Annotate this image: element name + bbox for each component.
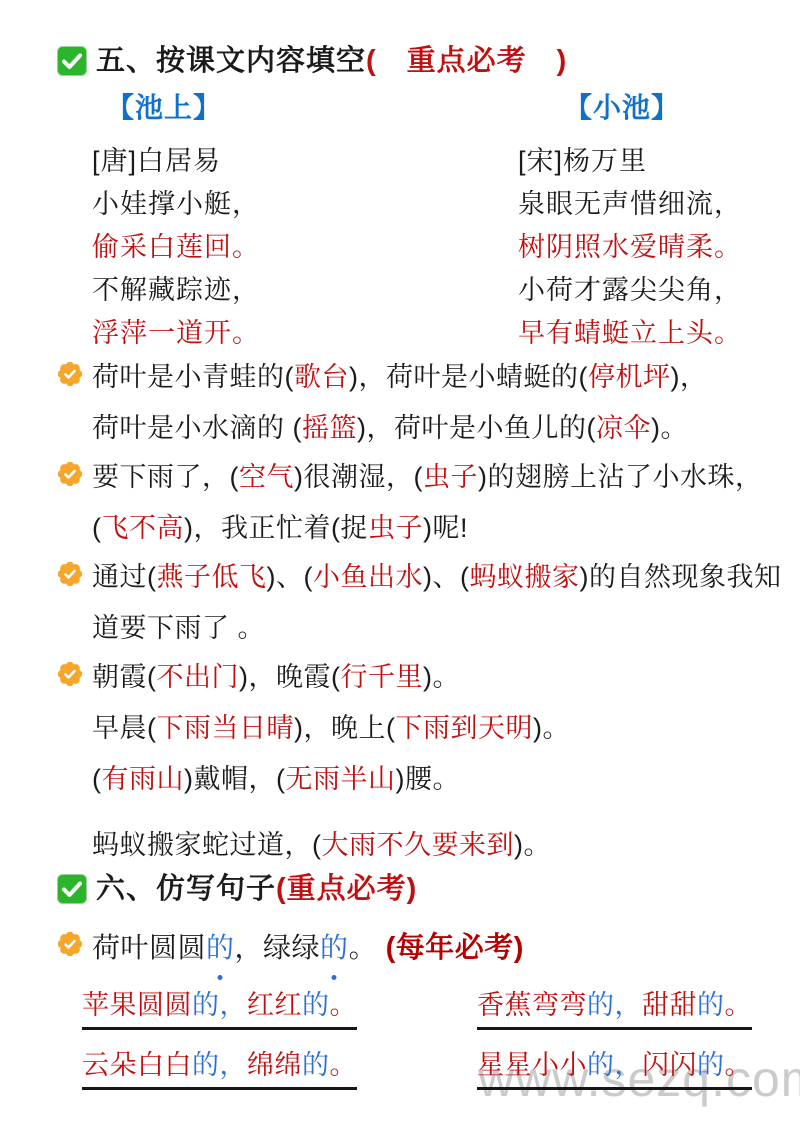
section5-title: 五、按课文内容填空( 重点必考 ) xyxy=(96,44,567,78)
poem-line: 不解藏踪迹， xyxy=(92,269,260,312)
orange-check-badge-icon xyxy=(57,931,83,957)
exercise-item-1: 荷叶是小青蛙的(歌台)，荷叶是小蜻蜓的(停机坪)， 荷叶是小水滴的 (摇篮)，荷… xyxy=(57,352,707,454)
text-line: 道要下雨了 。 xyxy=(92,603,781,654)
poem-chishang: 【池上】 [唐]白居易 小娃撑小艇， 偷采白莲回。 不解藏踪迹， 浮萍一道开。 xyxy=(92,90,260,355)
poem-line: 泉眼无声惜细流， xyxy=(518,183,742,226)
poem-line: 偷采白莲回。 xyxy=(92,226,260,269)
poem-line: 小荷才露尖尖角， xyxy=(518,269,742,312)
text-line: 要下雨了，(空气)很潮湿，(虫子)的翅膀上沾了小水珠， xyxy=(92,452,762,503)
example-sentence-apple: 苹果圆圆的，红红的。 xyxy=(82,988,357,1030)
exercise-item-3: 通过(燕子低飞)、(小鱼出水)、(蚂蚁搬家)的自然现象我知 道要下雨了 。 xyxy=(57,552,781,654)
underlined-text: 苹果圆圆的，红红的。 xyxy=(82,988,357,1030)
poem-line: 浮萍一道开。 xyxy=(92,312,260,355)
underlined-text: 星星小小的，闪闪的。 xyxy=(477,1048,752,1090)
poem-line: 树阴照水爱晴柔。 xyxy=(518,226,742,269)
poem-title-chishang: 【池上】 xyxy=(106,90,260,126)
underlined-text: 香蕉弯弯的，甜甜的。 xyxy=(477,988,752,1030)
orange-check-badge-icon xyxy=(57,461,83,487)
example-sentence-star: 星星小小的，闪闪的。 xyxy=(477,1048,752,1090)
text-line: (有雨山)戴帽，(无雨半山)腰。 xyxy=(92,754,570,805)
underlined-text: 云朵白白的，绵绵的。 xyxy=(82,1048,357,1090)
exercise-text: 朝霞(不出门)，晚霞(行千里)。 早晨(下雨当日晴)，晚上(下雨到天明)。 (有… xyxy=(92,652,570,805)
green-checkbox-icon xyxy=(57,874,87,904)
text-line: 荷叶是小青蛙的(歌台)，荷叶是小蜻蜓的(停机坪)， xyxy=(92,352,707,403)
orange-check-badge-icon xyxy=(57,661,83,687)
poem-xiaochi: 【小池】 [宋]杨万里 泉眼无声惜细流， 树阴照水爱晴柔。 小荷才露尖尖角， 早… xyxy=(518,90,742,355)
exercise-text: 通过(燕子低飞)、(小鱼出水)、(蚂蚁搬家)的自然现象我知 道要下雨了 。 xyxy=(92,552,781,654)
text-line: (飞不高)，我正忙着(捉虫子)呢! xyxy=(92,503,762,554)
text-line: 荷叶是小水滴的 (摇篮)，荷叶是小鱼儿的(凉伞)。 xyxy=(92,403,707,454)
exercise-text: 荷叶是小青蛙的(歌台)，荷叶是小蜻蜓的(停机坪)， 荷叶是小水滴的 (摇篮)，荷… xyxy=(92,352,707,454)
worksheet-page: 五、按课文内容填空( 重点必考 ) 【池上】 [唐]白居易 小娃撑小艇， 偷采白… xyxy=(0,0,800,1131)
green-checkbox-icon xyxy=(57,46,87,76)
orange-check-badge-icon xyxy=(57,361,83,387)
exercise-text: 荷叶圆圆的，绿绿的。 (每年必考) xyxy=(92,922,524,974)
poem-line: [唐]白居易 xyxy=(92,140,260,183)
example-sentence-cloud: 云朵白白的，绵绵的。 xyxy=(82,1048,357,1090)
poem-line: 小娃撑小艇， xyxy=(92,183,260,226)
poem-line: 早有蜻蜓立上头。 xyxy=(518,312,742,355)
exercise-text: 要下雨了，(空气)很潮湿，(虫子)的翅膀上沾了小水珠， (飞不高)，我正忙着(捉… xyxy=(92,452,762,554)
exercise-item-2: 要下雨了，(空气)很潮湿，(虫子)的翅膀上沾了小水珠， (飞不高)，我正忙着(捉… xyxy=(57,452,762,554)
section6-title: 六、仿写句子(重点必考) xyxy=(96,872,417,906)
text-line: 荷叶圆圆的，绿绿的。 (每年必考) xyxy=(92,922,524,974)
text-line: 早晨(下雨当日晴)，晚上(下雨到天明)。 xyxy=(92,703,570,754)
section5-header: 五、按课文内容填空( 重点必考 ) xyxy=(57,44,567,78)
proverb-line: 蚂蚁搬家蛇过道，(大雨不久要来到)。 xyxy=(92,826,551,864)
section6-header: 六、仿写句子(重点必考) xyxy=(57,872,417,906)
orange-check-badge-icon xyxy=(57,561,83,587)
example-sentence-banana: 香蕉弯弯的，甜甜的。 xyxy=(477,988,752,1030)
text-line: 通过(燕子低飞)、(小鱼出水)、(蚂蚁搬家)的自然现象我知 xyxy=(92,552,781,603)
poem-title-xiaochi: 【小池】 xyxy=(564,90,742,126)
text-line: 朝霞(不出门)，晚霞(行千里)。 xyxy=(92,652,570,703)
exercise-item-4: 朝霞(不出门)，晚霞(行千里)。 早晨(下雨当日晴)，晚上(下雨到天明)。 (有… xyxy=(57,652,570,805)
exercise-item-5: 荷叶圆圆的，绿绿的。 (每年必考) xyxy=(57,922,524,974)
poem-line: [宋]杨万里 xyxy=(518,140,742,183)
